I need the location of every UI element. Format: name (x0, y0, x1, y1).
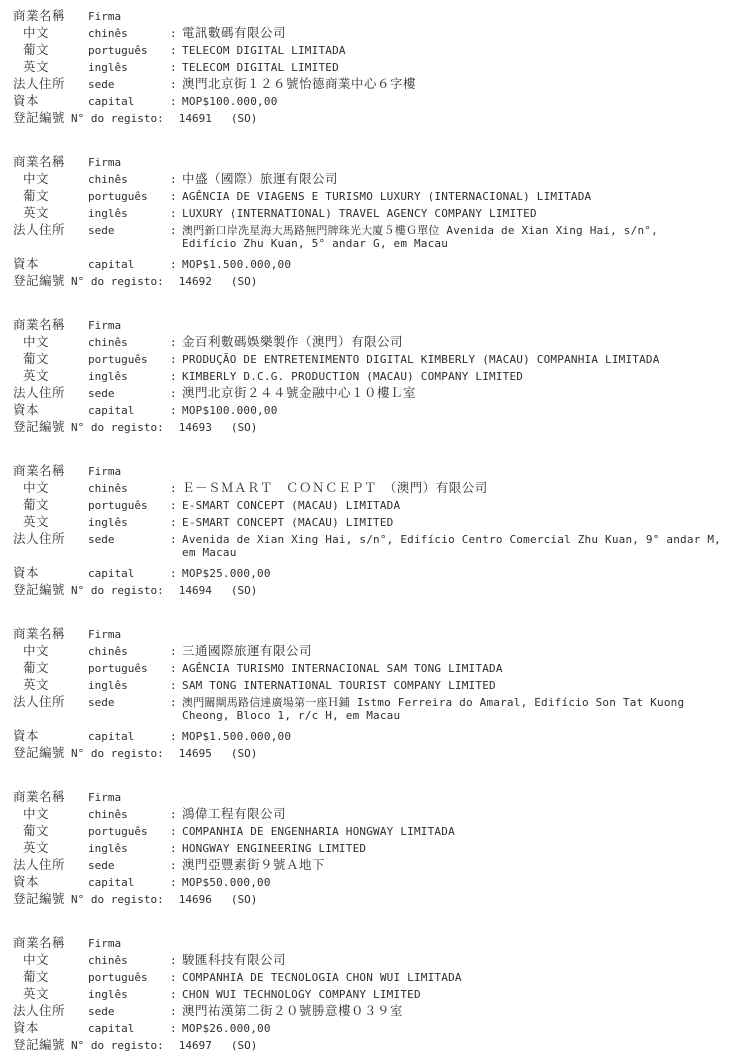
capital-label-zh: 資本 (13, 872, 88, 890)
business-name-label-zh: 商業名稱 (13, 315, 88, 333)
registration-suffix: (SO) (231, 893, 258, 906)
address-value-line2: em Macau (182, 546, 237, 559)
english-name-value: KIMBERLY D.C.G. PRODUCTION (MACAU) COMPA… (182, 370, 523, 383)
registry-entry: 商業名稱 Firma 中文 chinês : 金百利數碼娛樂製作（澳門）有限公司… (0, 315, 730, 434)
address-label-zh: 法人住所 (13, 383, 88, 401)
business-name-label-zh: 商業名稱 (13, 933, 88, 951)
colon: : (170, 224, 182, 237)
english-name-value: SAM TONG INTERNATIONAL TOURIST COMPANY L… (182, 679, 496, 692)
registration-label-zh: 登記編號 (13, 1035, 65, 1053)
colon: : (170, 44, 182, 57)
registration-label-pt: N° do registo: (71, 112, 164, 125)
capital-label-pt: capital (88, 1022, 170, 1035)
capital-label-zh: 資本 (13, 1018, 88, 1036)
portuguese-name-value: AGÊNCIA DE VIAGENS E TURISMO LUXURY (INT… (182, 190, 591, 203)
chinese-name-row: 中文 chinês : Ｅ－ＳＭＡＲＴ ＣＯＮＣＥＰＴ （澳門）有限公司 (0, 478, 730, 495)
registration-suffix: (SO) (231, 112, 258, 125)
address-label-zh: 法人住所 (13, 74, 88, 92)
address-value-line2: Cheong, Bloco 1, r/c H, em Macau (182, 709, 400, 722)
colon: : (170, 173, 182, 186)
colon: : (170, 499, 182, 512)
portuguese-name-value: TELECOM DIGITAL LIMITADA (182, 44, 346, 57)
colon: : (170, 516, 182, 529)
colon: : (170, 258, 182, 271)
registration-number: 14695 (179, 747, 212, 760)
chinese-label-zh: 中文 (23, 641, 88, 659)
address-label-pt: sede (88, 696, 170, 709)
registration-label-zh: 登記編號 (13, 743, 65, 761)
chinese-name-row: 中文 chinês : 電訊數碼有限公司 (0, 23, 730, 40)
address-value-line2: Edifício Zhu Kuan, 5° andar G, em Macau (182, 237, 448, 250)
portuguese-label-pt: português (88, 44, 170, 57)
capital-label-zh: 資本 (13, 254, 88, 272)
registration-number: 14693 (179, 421, 212, 434)
portuguese-label-pt: português (88, 190, 170, 203)
capital-label-pt: capital (88, 95, 170, 108)
business-name-label-pt: Firma (88, 319, 170, 332)
colon: : (170, 988, 182, 1001)
registration-row: 登記編號 N° do registo: 14697 (SO) (0, 1035, 730, 1052)
portuguese-label-pt: português (88, 662, 170, 675)
registration-label-pt: N° do registo: (71, 275, 164, 288)
chinese-label-zh: 中文 (23, 23, 88, 41)
english-label-pt: inglês (88, 842, 170, 855)
english-label-pt: inglês (88, 516, 170, 529)
english-name-row: 英文 inglês : TELECOM DIGITAL LIMITED (0, 57, 730, 74)
capital-value: MOP$25.000,00 (182, 567, 271, 580)
capital-label-pt: capital (88, 567, 170, 580)
chinese-label-pt: chinês (88, 27, 170, 40)
portuguese-label-zh: 葡文 (23, 658, 88, 676)
colon: : (170, 567, 182, 580)
portuguese-label-zh: 葡文 (23, 349, 88, 367)
business-name-row: 商業名稱 Firma (0, 933, 730, 950)
business-name-label-pt: Firma (88, 937, 170, 950)
colon: : (170, 954, 182, 967)
address-row: 法人住所 sede : 澳門新口岸冼星海大馬路無門牌珠光大廈５樓Ｇ單位 Aven… (0, 220, 730, 237)
registration-suffix: (SO) (231, 421, 258, 434)
colon: : (170, 27, 182, 40)
chinese-label-pt: chinês (88, 482, 170, 495)
address-label-zh: 法人住所 (13, 855, 88, 873)
registration-label-zh: 登記編號 (13, 271, 65, 289)
english-name-row: 英文 inglês : HONGWAY ENGINEERING LIMITED (0, 838, 730, 855)
business-name-row: 商業名稱 Firma (0, 152, 730, 169)
registration-label-zh: 登記編號 (13, 889, 65, 907)
registry-entry: 商業名稱 Firma 中文 chinês : 中盛（國際）旅運有限公司 葡文 p… (0, 152, 730, 288)
portuguese-name-row: 葡文 português : COMPANHIA DE ENGENHARIA H… (0, 821, 730, 838)
address-row: 法人住所 sede : 澳門北京街１２６號怡德商業中心６字樓 (0, 74, 730, 91)
registration-number: 14691 (179, 112, 212, 125)
address-label-zh: 法人住所 (13, 1001, 88, 1019)
portuguese-name-value: AGÊNCIA TURISMO INTERNACIONAL SAM TONG L… (182, 662, 503, 675)
chinese-label-pt: chinês (88, 808, 170, 821)
colon: : (170, 533, 182, 546)
colon: : (170, 1005, 182, 1018)
portuguese-label-zh: 葡文 (23, 495, 88, 513)
address-value-line1: 澳門新口岸冼星海大馬路無門牌珠光大廈５樓Ｇ單位 Avenida de Xian … (182, 222, 658, 238)
english-label-pt: inglês (88, 988, 170, 1001)
registration-label-zh: 登記編號 (13, 580, 65, 598)
colon: : (170, 1022, 182, 1035)
capital-row: 資本 capital : MOP$26.000,00 (0, 1018, 730, 1035)
address-value-line1: 澳門祐漢第二街２０號勝意樓０３９室 (182, 1001, 403, 1019)
english-label-pt: inglês (88, 370, 170, 383)
colon: : (170, 387, 182, 400)
capital-label-pt: capital (88, 730, 170, 743)
business-name-label-zh: 商業名稱 (13, 461, 88, 479)
chinese-name-value: 駿匯科技有限公司 (182, 950, 286, 968)
colon: : (170, 61, 182, 74)
capital-value: MOP$100.000,00 (182, 95, 278, 108)
portuguese-name-value: PRODUÇÃO DE ENTRETENIMENTO DIGITAL KIMBE… (182, 353, 660, 366)
registration-suffix: (SO) (231, 275, 258, 288)
chinese-label-zh: 中文 (23, 950, 88, 968)
portuguese-label-pt: português (88, 353, 170, 366)
address-row: 法人住所 sede : 澳門北京街２４４號金融中心１０樓Ｌ室 (0, 383, 730, 400)
portuguese-name-row: 葡文 português : AGÊNCIA DE VIAGENS E TURI… (0, 186, 730, 203)
registration-row: 登記編號 N° do registo: 14695 (SO) (0, 743, 730, 760)
capital-label-zh: 資本 (13, 563, 88, 581)
english-name-row: 英文 inglês : LUXURY (INTERNATIONAL) TRAVE… (0, 203, 730, 220)
chinese-label-pt: chinês (88, 336, 170, 349)
business-name-row: 商業名稱 Firma (0, 624, 730, 641)
chinese-name-row: 中文 chinês : 中盛（國際）旅運有限公司 (0, 169, 730, 186)
capital-row: 資本 capital : MOP$1.500.000,00 (0, 726, 730, 743)
colon: : (170, 842, 182, 855)
address-row: 法人住所 sede : 澳門祐漢第二街２０號勝意樓０３９室 (0, 1001, 730, 1018)
colon: : (170, 679, 182, 692)
entries: 商業名稱 Firma 中文 chinês : 電訊數碼有限公司 葡文 portu… (0, 6, 730, 1052)
chinese-name-row: 中文 chinês : 金百利數碼娛樂製作（澳門）有限公司 (0, 332, 730, 349)
english-label-zh: 英文 (23, 838, 88, 856)
english-label-zh: 英文 (23, 57, 88, 75)
chinese-label-zh: 中文 (23, 478, 88, 496)
business-name-label-zh: 商業名稱 (13, 624, 88, 642)
capital-value: MOP$26.000,00 (182, 1022, 271, 1035)
portuguese-name-row: 葡文 português : AGÊNCIA TURISMO INTERNACI… (0, 658, 730, 675)
registry-entry: 商業名稱 Firma 中文 chinês : 電訊數碼有限公司 葡文 portu… (0, 6, 730, 125)
colon: : (170, 808, 182, 821)
business-name-label-pt: Firma (88, 628, 170, 641)
address-value-line1: 澳門北京街１２６號怡德商業中心６字樓 (182, 74, 416, 92)
chinese-label-zh: 中文 (23, 804, 88, 822)
portuguese-name-row: 葡文 português : PRODUÇÃO DE ENTRETENIMENT… (0, 349, 730, 366)
address-value-line1: 澳門亞豐素街９號Ａ地下 (182, 855, 325, 873)
english-label-zh: 英文 (23, 675, 88, 693)
colon: : (170, 825, 182, 838)
business-name-row: 商業名稱 Firma (0, 315, 730, 332)
english-name-value: E-SMART CONCEPT (MACAU) LIMITED (182, 516, 394, 529)
capital-value: MOP$50.000,00 (182, 876, 271, 889)
registration-row: 登記編號 N° do registo: 14691 (SO) (0, 108, 730, 125)
address-value-line1: 澳門關閘馬路信達廣場第一座Ｈ鋪 Istmo Ferreira do Amaral… (182, 694, 684, 710)
portuguese-name-value: COMPANHIA DE TECNOLOGIA CHON WUI LIMITAD… (182, 971, 462, 984)
capital-row: 資本 capital : MOP$100.000,00 (0, 91, 730, 108)
colon: : (170, 696, 182, 709)
portuguese-name-row: 葡文 português : TELECOM DIGITAL LIMITADA (0, 40, 730, 57)
registration-label-zh: 登記編號 (13, 417, 65, 435)
registration-suffix: (SO) (231, 584, 258, 597)
capital-row: 資本 capital : MOP$25.000,00 (0, 563, 730, 580)
capital-label-pt: capital (88, 258, 170, 271)
chinese-name-value: 金百利數碼娛樂製作（澳門）有限公司 (182, 332, 403, 350)
chinese-name-value: 電訊數碼有限公司 (182, 23, 286, 41)
address-label-pt: sede (88, 224, 170, 237)
colon: : (170, 353, 182, 366)
document-page: 商業名稱 Firma 中文 chinês : 電訊數碼有限公司 葡文 portu… (0, 0, 730, 1052)
capital-value: MOP$1.500.000,00 (182, 730, 291, 743)
business-name-label-pt: Firma (88, 791, 170, 804)
address-label-zh: 法人住所 (13, 529, 88, 547)
registry-entry: 商業名稱 Firma 中文 chinês : 三通國際旅運有限公司 葡文 por… (0, 624, 730, 760)
registration-row: 登記編號 N° do registo: 14693 (SO) (0, 417, 730, 434)
chinese-name-row: 中文 chinês : 三通國際旅運有限公司 (0, 641, 730, 658)
business-name-label-pt: Firma (88, 465, 170, 478)
portuguese-name-row: 葡文 português : E-SMART CONCEPT (MACAU) L… (0, 495, 730, 512)
registration-number: 14696 (179, 893, 212, 906)
capital-label-zh: 資本 (13, 726, 88, 744)
registration-label-pt: N° do registo: (71, 893, 164, 906)
capital-value: MOP$100.000,00 (182, 404, 278, 417)
business-name-row: 商業名稱 Firma (0, 787, 730, 804)
portuguese-label-zh: 葡文 (23, 821, 88, 839)
english-label-pt: inglês (88, 61, 170, 74)
registration-row: 登記編號 N° do registo: 14694 (SO) (0, 580, 730, 597)
chinese-label-pt: chinês (88, 954, 170, 967)
portuguese-label-zh: 葡文 (23, 40, 88, 58)
business-name-row: 商業名稱 Firma (0, 461, 730, 478)
registration-number: 14692 (179, 275, 212, 288)
registration-label-pt: N° do registo: (71, 747, 164, 760)
capital-label-zh: 資本 (13, 91, 88, 109)
chinese-name-row: 中文 chinês : 駿匯科技有限公司 (0, 950, 730, 967)
colon: : (170, 336, 182, 349)
english-name-value: HONGWAY ENGINEERING LIMITED (182, 842, 366, 855)
registration-suffix: (SO) (231, 1039, 258, 1052)
address-row: 法人住所 sede : 澳門關閘馬路信達廣場第一座Ｈ鋪 Istmo Ferrei… (0, 692, 730, 709)
english-name-value: TELECOM DIGITAL LIMITED (182, 61, 339, 74)
chinese-label-pt: chinês (88, 645, 170, 658)
registration-label-pt: N° do registo: (71, 421, 164, 434)
registration-row: 登記編號 N° do registo: 14692 (SO) (0, 271, 730, 288)
colon: : (170, 730, 182, 743)
english-name-row: 英文 inglês : E-SMART CONCEPT (MACAU) LIMI… (0, 512, 730, 529)
chinese-name-value: Ｅ－ＳＭＡＲＴ ＣＯＮＣＥＰＴ （澳門）有限公司 (182, 478, 488, 496)
portuguese-label-zh: 葡文 (23, 186, 88, 204)
registry-entry: 商業名稱 Firma 中文 chinês : 鴻偉工程有限公司 葡文 portu… (0, 787, 730, 906)
business-name-label-zh: 商業名稱 (13, 6, 88, 24)
colon: : (170, 645, 182, 658)
address-label-pt: sede (88, 533, 170, 546)
english-label-pt: inglês (88, 207, 170, 220)
registry-entry: 商業名稱 Firma 中文 chinês : Ｅ－ＳＭＡＲＴ ＣＯＮＣＥＰＴ （… (0, 461, 730, 597)
capital-label-pt: capital (88, 876, 170, 889)
capital-value: MOP$1.500.000,00 (182, 258, 291, 271)
chinese-label-pt: chinês (88, 173, 170, 186)
registration-suffix: (SO) (231, 747, 258, 760)
colon: : (170, 482, 182, 495)
address-label-pt: sede (88, 387, 170, 400)
colon: : (170, 662, 182, 675)
colon: : (170, 78, 182, 91)
business-name-label-pt: Firma (88, 156, 170, 169)
portuguese-label-zh: 葡文 (23, 967, 88, 985)
portuguese-name-row: 葡文 português : COMPANHIA DE TECNOLOGIA C… (0, 967, 730, 984)
english-label-zh: 英文 (23, 984, 88, 1002)
address-row: 法人住所 sede : 澳門亞豐素街９號Ａ地下 (0, 855, 730, 872)
portuguese-label-pt: português (88, 825, 170, 838)
english-label-pt: inglês (88, 679, 170, 692)
registration-row: 登記編號 N° do registo: 14696 (SO) (0, 889, 730, 906)
chinese-label-zh: 中文 (23, 169, 88, 187)
english-name-row: 英文 inglês : KIMBERLY D.C.G. PRODUCTION (… (0, 366, 730, 383)
colon: : (170, 876, 182, 889)
address-value-line1: 澳門北京街２４４號金融中心１０樓Ｌ室 (182, 383, 416, 401)
english-name-value: LUXURY (INTERNATIONAL) TRAVEL AGENCY COM… (182, 207, 537, 220)
registration-label-zh: 登記編號 (13, 108, 65, 126)
address-label-zh: 法人住所 (13, 220, 88, 238)
chinese-name-row: 中文 chinês : 鴻偉工程有限公司 (0, 804, 730, 821)
colon: : (170, 207, 182, 220)
address-row: 法人住所 sede : Avenida de Xian Xing Hai, s/… (0, 529, 730, 546)
english-name-row: 英文 inglês : SAM TONG INTERNATIONAL TOURI… (0, 675, 730, 692)
english-label-zh: 英文 (23, 512, 88, 530)
capital-row: 資本 capital : MOP$50.000,00 (0, 872, 730, 889)
english-label-zh: 英文 (23, 366, 88, 384)
address-line2-row: em Macau (0, 546, 730, 563)
portuguese-name-value: COMPANHIA DE ENGENHARIA HONGWAY LIMITADA (182, 825, 455, 838)
registration-number: 14697 (179, 1039, 212, 1052)
address-line2-row: Edifício Zhu Kuan, 5° andar G, em Macau (0, 237, 730, 254)
registry-entry: 商業名稱 Firma 中文 chinês : 駿匯科技有限公司 葡文 portu… (0, 933, 730, 1052)
address-label-pt: sede (88, 78, 170, 91)
business-name-label-pt: Firma (88, 10, 170, 23)
address-label-zh: 法人住所 (13, 692, 88, 710)
chinese-name-value: 鴻偉工程有限公司 (182, 804, 286, 822)
address-label-pt: sede (88, 859, 170, 872)
registration-label-pt: N° do registo: (71, 584, 164, 597)
registration-number: 14694 (179, 584, 212, 597)
portuguese-label-pt: português (88, 971, 170, 984)
address-value-line1: Avenida de Xian Xing Hai, s/n°, Edifício… (182, 533, 721, 546)
address-label-pt: sede (88, 1005, 170, 1018)
capital-label-zh: 資本 (13, 400, 88, 418)
chinese-name-value: 中盛（國際）旅運有限公司 (182, 169, 338, 187)
capital-row: 資本 capital : MOP$1.500.000,00 (0, 254, 730, 271)
business-name-label-zh: 商業名稱 (13, 152, 88, 170)
chinese-name-value: 三通國際旅運有限公司 (182, 641, 312, 659)
capital-label-pt: capital (88, 404, 170, 417)
business-name-row: 商業名稱 Firma (0, 6, 730, 23)
portuguese-label-pt: português (88, 499, 170, 512)
english-name-value: CHON WUI TECHNOLOGY COMPANY LIMITED (182, 988, 421, 1001)
colon: : (170, 370, 182, 383)
portuguese-name-value: E-SMART CONCEPT (MACAU) LIMITADA (182, 499, 400, 512)
colon: : (170, 859, 182, 872)
capital-row: 資本 capital : MOP$100.000,00 (0, 400, 730, 417)
colon: : (170, 95, 182, 108)
address-line2-row: Cheong, Bloco 1, r/c H, em Macau (0, 709, 730, 726)
registration-label-pt: N° do registo: (71, 1039, 164, 1052)
chinese-label-zh: 中文 (23, 332, 88, 350)
business-name-label-zh: 商業名稱 (13, 787, 88, 805)
english-label-zh: 英文 (23, 203, 88, 221)
colon: : (170, 404, 182, 417)
english-name-row: 英文 inglês : CHON WUI TECHNOLOGY COMPANY … (0, 984, 730, 1001)
colon: : (170, 971, 182, 984)
colon: : (170, 190, 182, 203)
